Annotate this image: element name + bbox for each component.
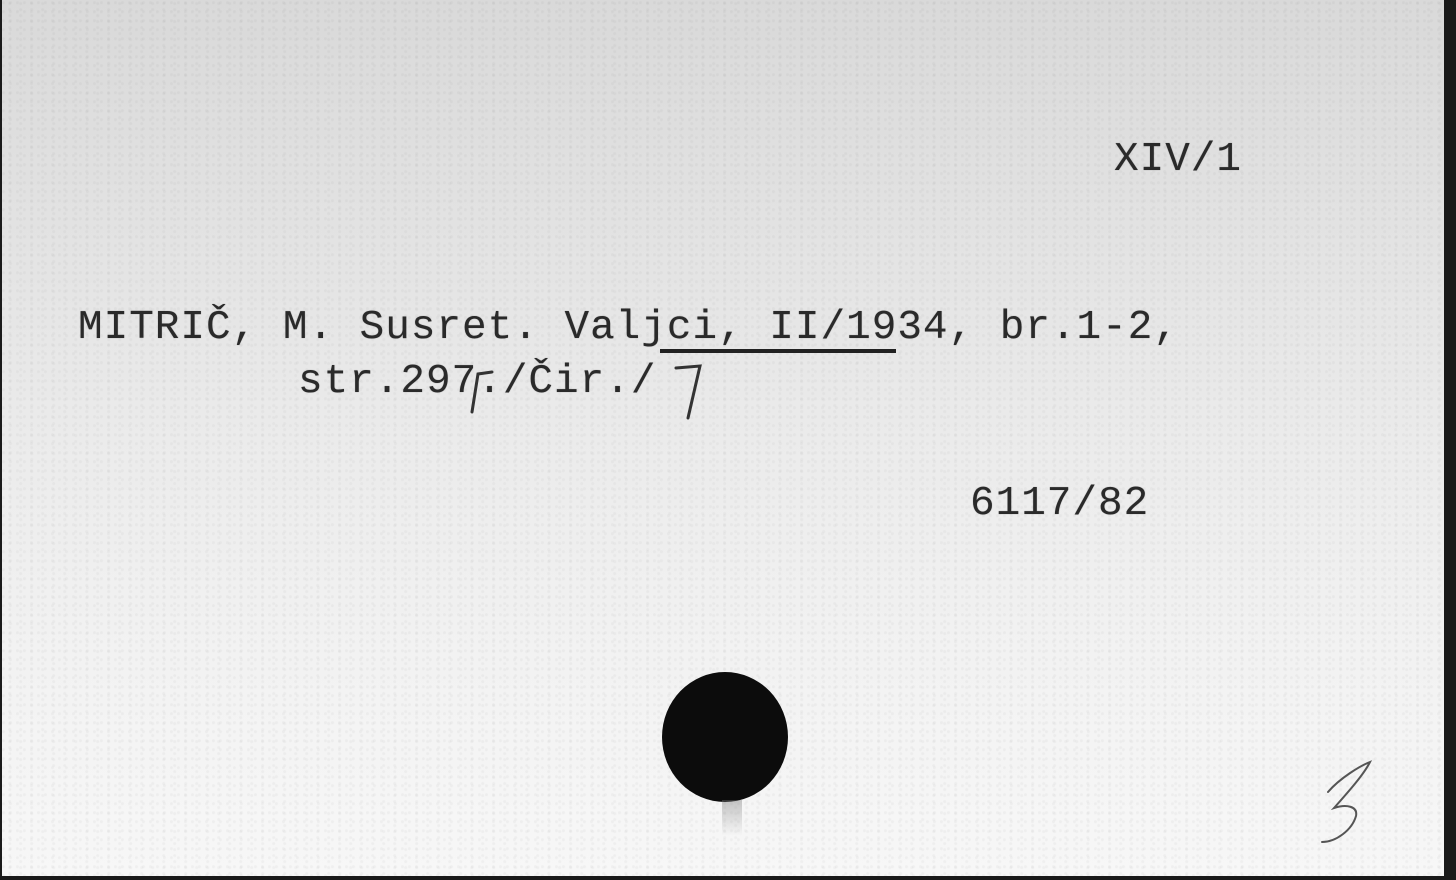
bracket-mark-icon [468, 370, 498, 416]
handwritten-number-icon [1320, 758, 1376, 848]
bracket-mark-icon [674, 364, 704, 422]
periodical-underline [660, 349, 896, 353]
punch-hole [662, 672, 788, 802]
punch-hole-tear [722, 800, 742, 836]
accession-number: 6117/82 [970, 484, 1149, 525]
entry-line-1: MITRIČ, M. Susret. Valjci, II/1934, br.1… [78, 308, 1179, 349]
catalog-card: XIV/1 MITRIČ, M. Susret. Valjci, II/1934… [2, 0, 1444, 876]
shelfmark: XIV/1 [1114, 140, 1242, 181]
